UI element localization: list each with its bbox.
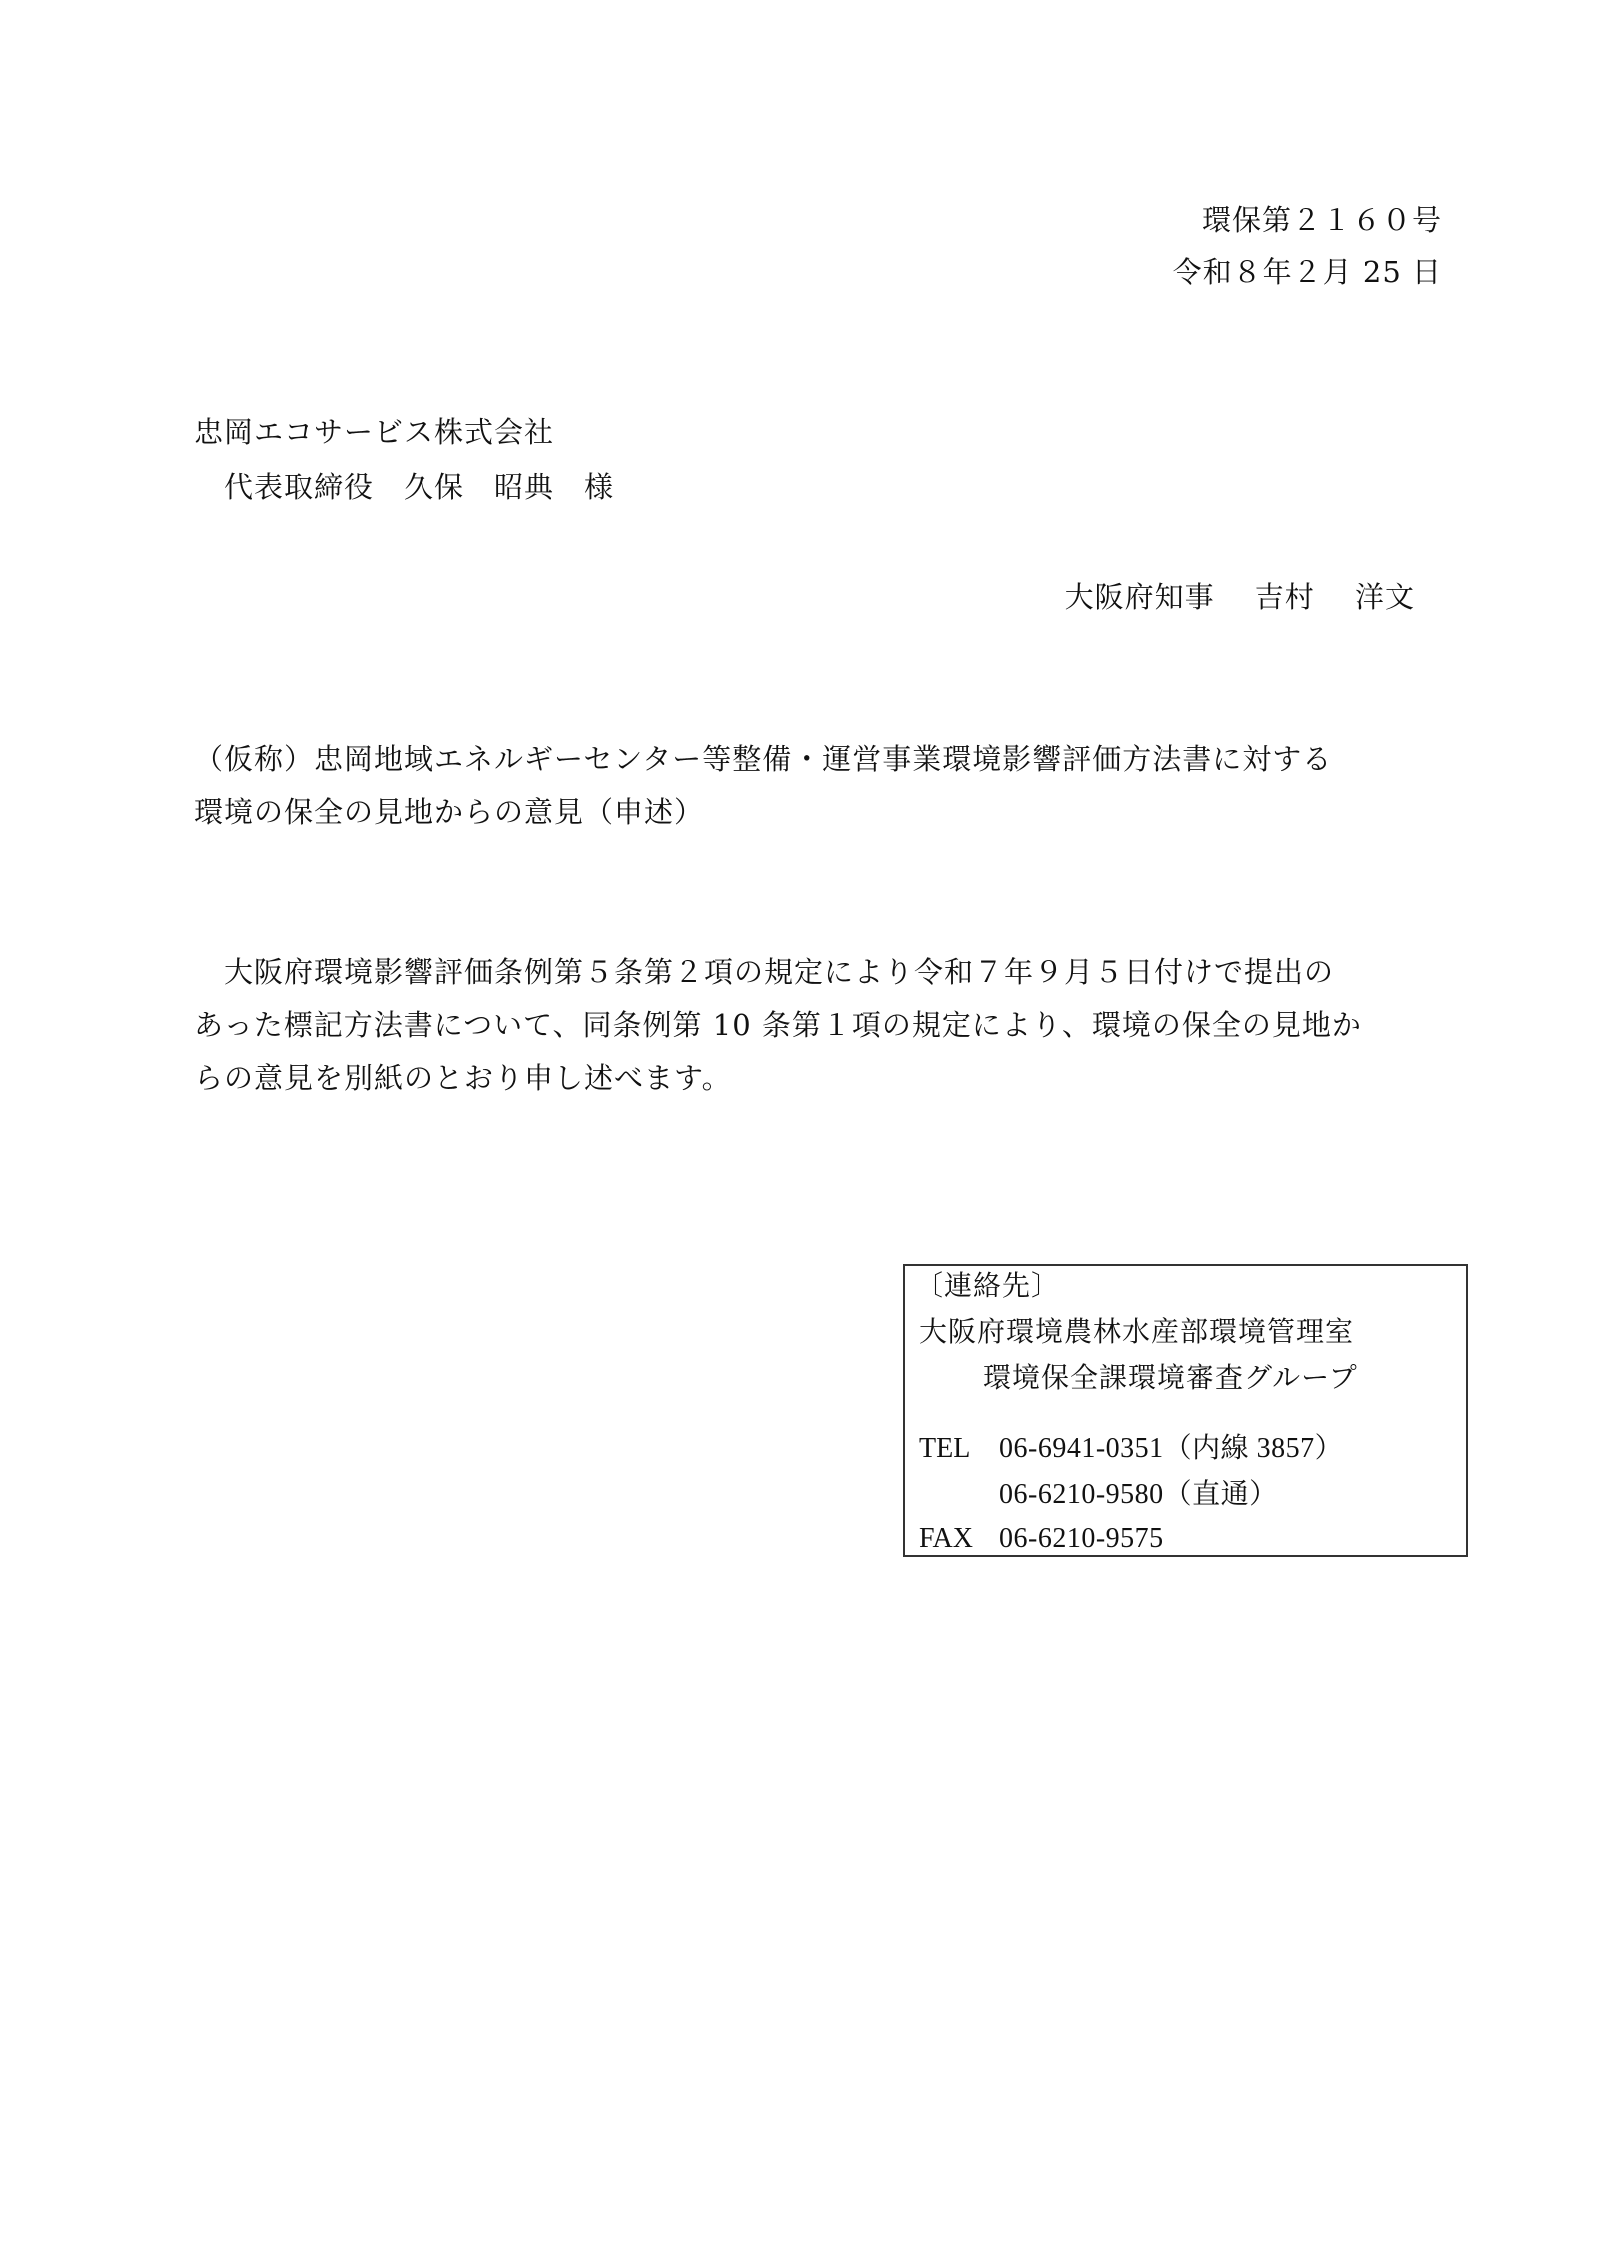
document-number: 環保第２１６０号: [1202, 203, 1442, 237]
document-date: 令和８年２月 25 日: [1173, 255, 1442, 289]
fax-label: FAX: [919, 1523, 999, 1555]
body-line-1: 大阪府環境影響評価条例第５条第２項の規定により令和７年９月５日付けで提出の: [194, 955, 1334, 989]
recipient-company: 忠岡エコサービス株式会社: [194, 415, 554, 449]
tel-label: TEL: [919, 1433, 999, 1465]
contact-box: 〔連絡先〕 大阪府環境農林水産部環境管理室 環境保全課環境審査グループ TEL0…: [903, 1264, 1468, 1557]
fax-number: 06-6210-9575: [999, 1523, 1164, 1554]
tel-main-number: 06-6941-0351（内線 3857）: [999, 1433, 1343, 1464]
contact-tel-row: TEL06-6941-0351（内線 3857）: [919, 1432, 1343, 1465]
contact-heading: 〔連絡先〕: [915, 1270, 1060, 1302]
body-line-2: あった標記方法書について、同条例第 10 条第１項の規定により、環境の保全の見地…: [194, 1008, 1362, 1042]
recipient-person: 代表取締役 久保 昭典 様: [224, 470, 614, 504]
document-page: 環保第２１６０号 令和８年２月 25 日 忠岡エコサービス株式会社 代表取締役 …: [0, 0, 1600, 2263]
contact-tel-direct-row: 06-6210-9580（直通）: [919, 1478, 1278, 1511]
tel-direct-number: 06-6210-9580（直通）: [999, 1479, 1278, 1510]
subject-line-1: （仮称）忠岡地域エネルギーセンター等整備・運営事業環境影響評価方法書に対する: [194, 742, 1332, 776]
contact-group: 環境保全課環境審査グループ: [983, 1362, 1358, 1394]
contact-department: 大阪府環境農林水産部環境管理室: [919, 1316, 1354, 1348]
subject-line-2: 環境の保全の見地からの意見（申述）: [194, 795, 704, 829]
sender-name: 大阪府知事 吉村 洋文: [1065, 580, 1415, 614]
body-line-3: らの意見を別紙のとおり申し述べます。: [194, 1061, 732, 1095]
contact-fax-row: FAX06-6210-9575: [919, 1522, 1164, 1555]
